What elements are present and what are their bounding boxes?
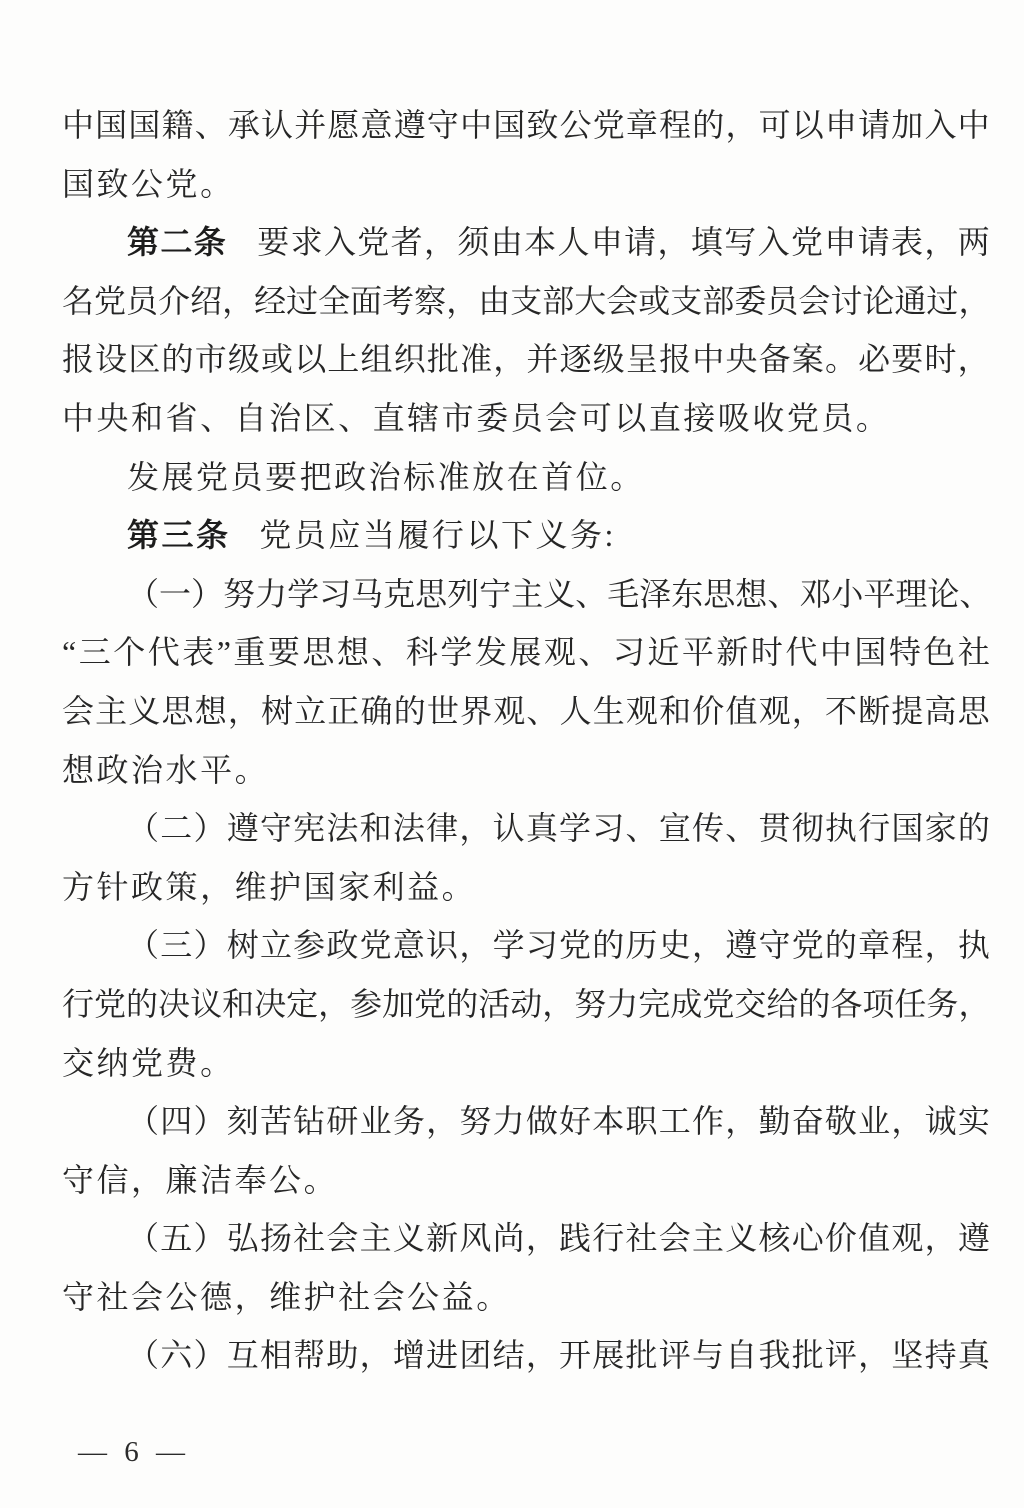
- text-line: “三个代表”重要思想、科学发展观、习近平新时代中国特色社: [62, 623, 990, 682]
- text-line: 行党的决议和决定，参加党的活动，努力完成党交给的各项任务，: [62, 975, 990, 1034]
- text-line: （五）弘扬社会主义新风尚，践行社会主义核心价值观，遵: [62, 1209, 990, 1268]
- text-line: 守社会公德，维护社会公益。: [62, 1268, 990, 1327]
- text-line: 守信，廉洁奉公。: [62, 1151, 990, 1210]
- text-line: 会主义思想，树立正确的世界观、人生观和价值观，不断提高思: [62, 682, 990, 741]
- page-number: — 6 —: [78, 1428, 190, 1476]
- text-line: 方针政策，维护国家利益。: [62, 858, 990, 917]
- text-line: 中国国籍、承认并愿意遵守中国致公党章程的，可以申请加入中: [62, 96, 990, 155]
- text-line: 交纳党费。: [62, 1034, 990, 1093]
- text-line: 第三条 党员应当履行以下义务:: [62, 506, 990, 565]
- text-line: （六）互相帮助，增进团结，开展批评与自我批评，坚持真: [62, 1326, 990, 1385]
- document-text: 中国国籍、承认并愿意遵守中国致公党章程的，可以申请加入中国致公党。第二条 要求入…: [62, 96, 990, 1385]
- text-line: （一）努力学习马克思列宁主义、毛泽东思想、邓小平理论、: [62, 565, 990, 624]
- scanned-document-page: 中国国籍、承认并愿意遵守中国致公党章程的，可以申请加入中国致公党。第二条 要求入…: [0, 0, 1024, 1508]
- text-line: （三）树立参政党意识，学习党的历史，遵守党的章程，执: [62, 916, 990, 975]
- text-line: 国致公党。: [62, 155, 990, 214]
- text-line: 发展党员要把政治标准放在首位。: [62, 448, 990, 507]
- text-line: （二）遵守宪法和法律，认真学习、宣传、贯彻执行国家的: [62, 799, 990, 858]
- text-line: 名党员介绍，经过全面考察，由支部大会或支部委员会讨论通过，: [62, 272, 990, 331]
- text-line: （四）刻苦钻研业务，努力做好本职工作，勤奋敬业，诚实: [62, 1092, 990, 1151]
- text-line: 报设区的市级或以上组织批准，并逐级呈报中央备案。必要时，: [62, 330, 990, 389]
- text-line: 中央和省、自治区、直辖市委员会可以直接吸收党员。: [62, 389, 990, 448]
- text-line: 第二条 要求入党者，须由本人申请，填写入党申请表，两: [62, 213, 990, 272]
- text-line: 想政治水平。: [62, 741, 990, 800]
